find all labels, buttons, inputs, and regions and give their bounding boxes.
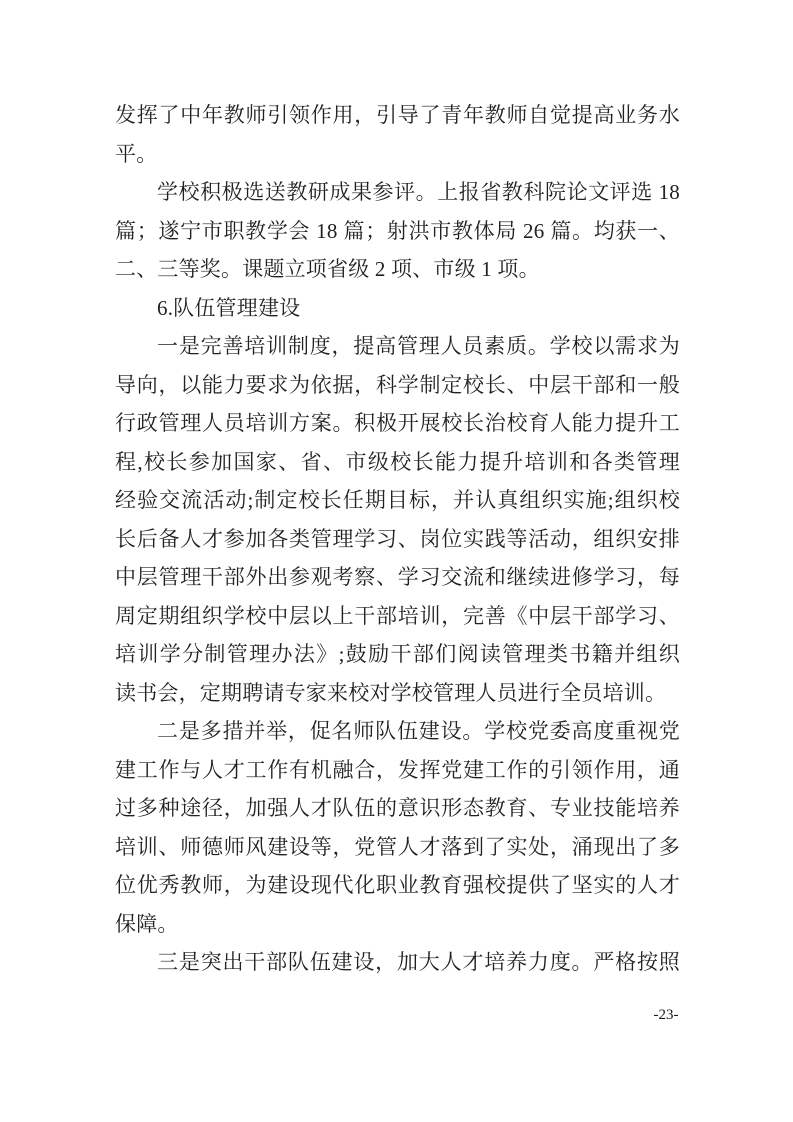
text-line: 二、三等奖。课题立项省级 2 项、市级 1 项。 (115, 250, 680, 289)
document-page: 发挥了中年教师引领作用，引导了青年教师自觉提高业务水平。学校积极选送教研成果参评… (0, 0, 793, 1122)
paragraph: 发挥了中年教师引领作用，引导了青年教师自觉提高业务水平。 (115, 96, 680, 173)
text-line: 长后备人才参加各类管理学习、岗位实践等活动，组织安排 (115, 520, 680, 559)
paragraph: 学校积极选送教研成果参评。上报省教科院论文评选 18篇；遂宁市职教学会 18 篇… (115, 173, 680, 289)
text-line: 三是突出干部队伍建设，加大人才培养力度。严格按照 (115, 943, 680, 982)
text-line: 发挥了中年教师引领作用，引导了青年教师自觉提高业务水 (115, 96, 680, 135)
document-body: 发挥了中年教师引领作用，引导了青年教师自觉提高业务水平。学校积极选送教研成果参评… (115, 96, 680, 982)
text-line: 培训、师德师风建设等，党管人才落到了实处，涌现出了多 (115, 828, 680, 867)
text-line: 篇；遂宁市职教学会 18 篇；射洪市教体局 26 篇。均获一、 (115, 212, 680, 251)
text-line: 周定期组织学校中层以上干部培训，完善《中层干部学习、 (115, 597, 680, 636)
paragraph: 二是多措并举，促名师队伍建设。学校党委高度重视党建工作与人才工作有机融合，发挥党… (115, 712, 680, 943)
page-number: -23- (646, 1004, 686, 1026)
text-line: 行政管理人员培训方案。积极开展校长治校育人能力提升工 (115, 404, 680, 443)
text-line: 一是完善培训制度，提高管理人员素质。学校以需求为 (115, 327, 680, 366)
text-line: 导向，以能力要求为依据，科学制定校长、中层干部和一般 (115, 366, 680, 405)
text-line: 读书会，定期聘请专家来校对学校管理人员进行全员培训。 (115, 674, 680, 713)
paragraph: 三是突出干部队伍建设，加大人才培养力度。严格按照 (115, 943, 680, 982)
paragraph: 6.队伍管理建设 (115, 289, 680, 328)
text-line: 保障。 (115, 905, 680, 944)
text-line: 平。 (115, 135, 680, 174)
text-line: 二是多措并举，促名师队伍建设。学校党委高度重视党 (115, 712, 680, 751)
text-line: 中层管理干部外出参观考察、学习交流和继续进修学习，每 (115, 558, 680, 597)
text-line: 程,校长参加国家、省、市级校长能力提升培训和各类管理 (115, 443, 680, 482)
text-line: 位优秀教师，为建设现代化职业教育强校提供了坚实的人才 (115, 866, 680, 905)
text-line: 培训学分制管理办法》;鼓励干部们阅读管理类书籍并组织 (115, 635, 680, 674)
text-line: 建工作与人才工作有机融合，发挥党建工作的引领作用，通 (115, 751, 680, 790)
text-line: 学校积极选送教研成果参评。上报省教科院论文评选 18 (115, 173, 680, 212)
text-line: 过多种途径，加强人才队伍的意识形态教育、专业技能培养 (115, 789, 680, 828)
paragraph: 一是完善培训制度，提高管理人员素质。学校以需求为导向，以能力要求为依据，科学制定… (115, 327, 680, 712)
text-line: 经验交流活动;制定校长任期目标，并认真组织实施;组织校 (115, 481, 680, 520)
text-line: 6.队伍管理建设 (115, 289, 680, 328)
